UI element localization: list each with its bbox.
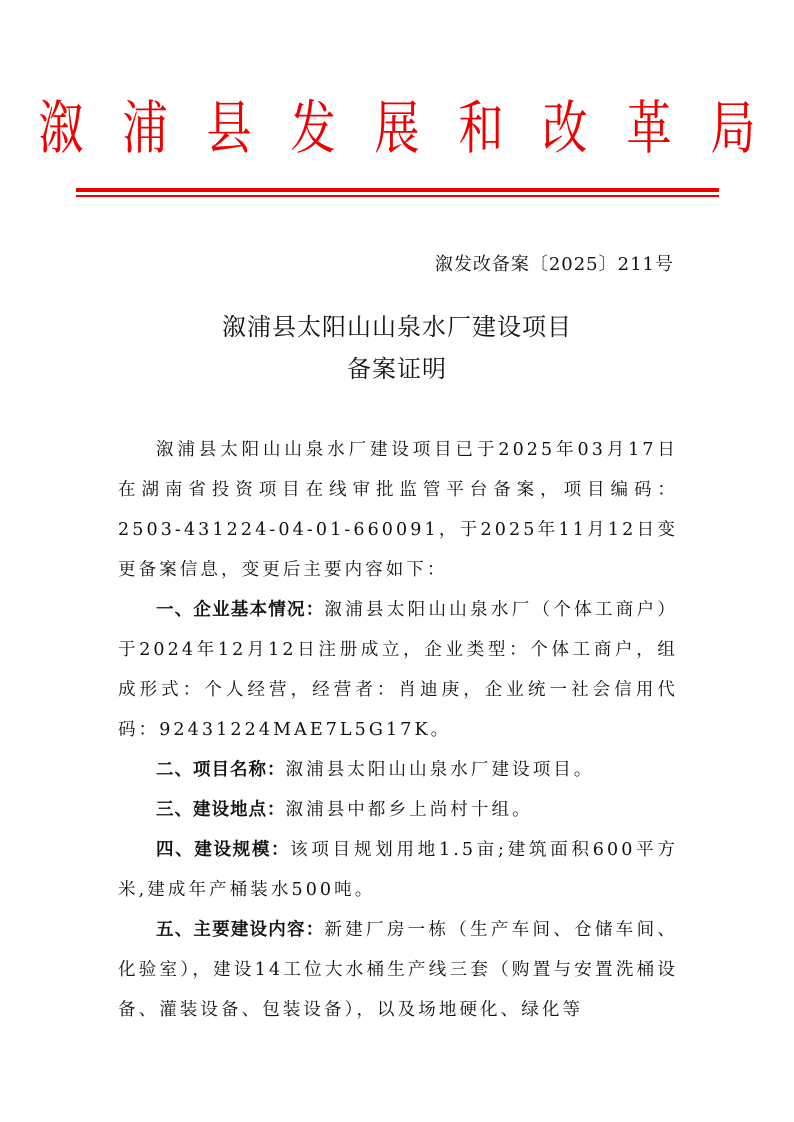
- section-heading: 三、建设地点：: [156, 800, 286, 820]
- document-title: 溆浦县太阳山山泉水厂建设项目 备案证明: [0, 306, 794, 390]
- title-line-1: 溆浦县太阳山山泉水厂建设项目: [0, 306, 794, 348]
- document-number: 溆发改备案〔2025〕211号: [435, 250, 674, 276]
- intro-paragraph: 溆浦县太阳山山泉水厂建设项目已于2025年03月17日在湖南省投资项目在线审批监…: [118, 430, 678, 590]
- masthead-char: 发: [290, 99, 335, 157]
- section-scale: 四、建设规模：该项目规划用地1.5亩;建筑面积600平方米,建成年产桶装水500…: [118, 830, 678, 910]
- masthead-char: 和: [458, 99, 503, 157]
- section-main-content: 五、主要建设内容：新建厂房一栋（生产车间、仓储车间、化验室），建设14工位大水桶…: [118, 910, 678, 1030]
- section-text: 溆浦县中都乡上尚村十组。: [286, 800, 533, 820]
- section-text: 溆浦县太阳山山泉水厂建设项目。: [286, 760, 595, 780]
- section-heading: 四、建设规模：: [156, 840, 290, 860]
- red-divider-thick: [76, 188, 719, 192]
- masthead-char: 革: [626, 99, 671, 157]
- red-divider-thin: [76, 195, 719, 197]
- section-heading: 一、企业基本情况：: [156, 600, 324, 620]
- section-enterprise-info: 一、企业基本情况：溆浦县太阳山山泉水厂（个体工商户）于2024年12月12日注册…: [118, 590, 678, 750]
- section-text: 溆浦县太阳山山泉水厂（个体工商户）于2024年12月12日注册成立，企业类型：个…: [118, 600, 678, 740]
- section-heading: 二、项目名称：: [156, 760, 286, 780]
- masthead-char: 改: [542, 99, 587, 157]
- masthead-char: 局: [710, 99, 755, 157]
- title-line-2: 备案证明: [0, 348, 794, 390]
- document-body: 溆浦县太阳山山泉水厂建设项目已于2025年03月17日在湖南省投资项目在线审批监…: [118, 430, 678, 1030]
- section-location: 三、建设地点：溆浦县中都乡上尚村十组。: [118, 790, 678, 830]
- masthead: 溆 浦 县 发 展 和 改 革 局: [0, 88, 794, 168]
- masthead-char: 浦: [122, 99, 167, 157]
- section-project-name: 二、项目名称：溆浦县太阳山山泉水厂建设项目。: [118, 750, 678, 790]
- section-heading: 五、主要建设内容：: [156, 920, 324, 940]
- masthead-char: 展: [374, 99, 419, 157]
- masthead-char: 溆: [38, 99, 83, 157]
- masthead-char: 县: [206, 99, 251, 157]
- masthead-title: 溆 浦 县 发 展 和 改 革 局: [32, 99, 762, 157]
